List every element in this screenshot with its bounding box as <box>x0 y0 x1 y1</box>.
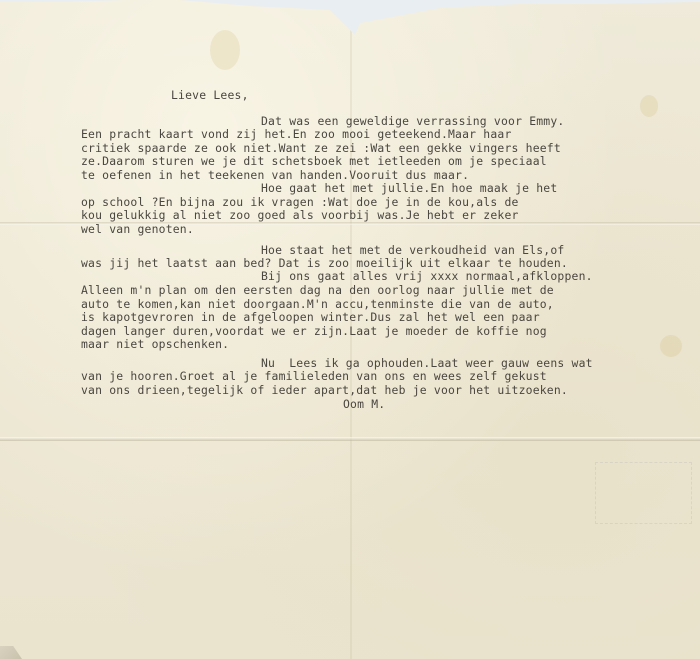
letter-line: Alleen m'n plan om den eersten dag na de… <box>81 283 554 297</box>
letter-line: Hoe staat het met de verkoudheid van Els… <box>261 243 564 257</box>
letter-body: Lieve Lees, Dat was een geweldige verras… <box>0 0 28 336</box>
letter-line: te oefenen in het teekenen van handen.Vo… <box>81 168 469 182</box>
letter-paper: Lieve Lees, Dat was een geweldige verras… <box>0 0 700 659</box>
letter-line: critiek spaarde ze ook niet.Want ze zei … <box>81 141 561 155</box>
letter-line: wel van genoten. <box>81 222 194 236</box>
faded-stamp-mark <box>595 462 692 524</box>
folded-corner <box>0 646 22 659</box>
letter-line: op school ?En bijna zou ik vragen :Wat d… <box>81 195 519 209</box>
letter-line: auto te komen,kan niet doorgaan.M'n accu… <box>81 297 554 311</box>
letter-line: Hoe gaat het met jullie.En hoe maak je h… <box>261 181 557 195</box>
letter-line: Een pracht kaart vond zij het.En zoo moo… <box>81 127 512 141</box>
letter-line: maar niet opschenken. <box>81 337 229 351</box>
lower-fold-crease <box>0 437 700 441</box>
letter-line: is kapotgevroren in de afgeloopen winter… <box>81 310 540 324</box>
signature: Oom M. <box>343 397 385 411</box>
letter-line: van ons drieen,tegelijk of ieder apart,d… <box>81 383 568 397</box>
letter-line: Dat was een geweldige verrassing voor Em… <box>261 114 564 128</box>
paper-tear <box>355 0 527 43</box>
letter-line: van je hooren.Groet al je familieleden v… <box>81 369 547 383</box>
letter-line: ze.Daarom sturen we je dit schetsboek me… <box>81 154 547 168</box>
letter-line: dagen langer duren,voordat we er zijn.La… <box>81 324 547 338</box>
letter-line: kou gelukkig al niet zoo goed als voorbi… <box>81 208 519 222</box>
letter-line: was jij het laatst aan bed? Dat is zoo m… <box>81 256 568 270</box>
letter-line: Nu Lees ik ga ophouden.Laat weer gauw ee… <box>261 356 593 370</box>
salutation: Lieve Lees, <box>171 88 249 102</box>
paper-stain <box>660 335 682 357</box>
paper-stain <box>210 30 240 70</box>
letter-line: Bij ons gaat alles vrij xxxx normaal,afk… <box>261 269 593 283</box>
paper-stain <box>640 95 658 117</box>
